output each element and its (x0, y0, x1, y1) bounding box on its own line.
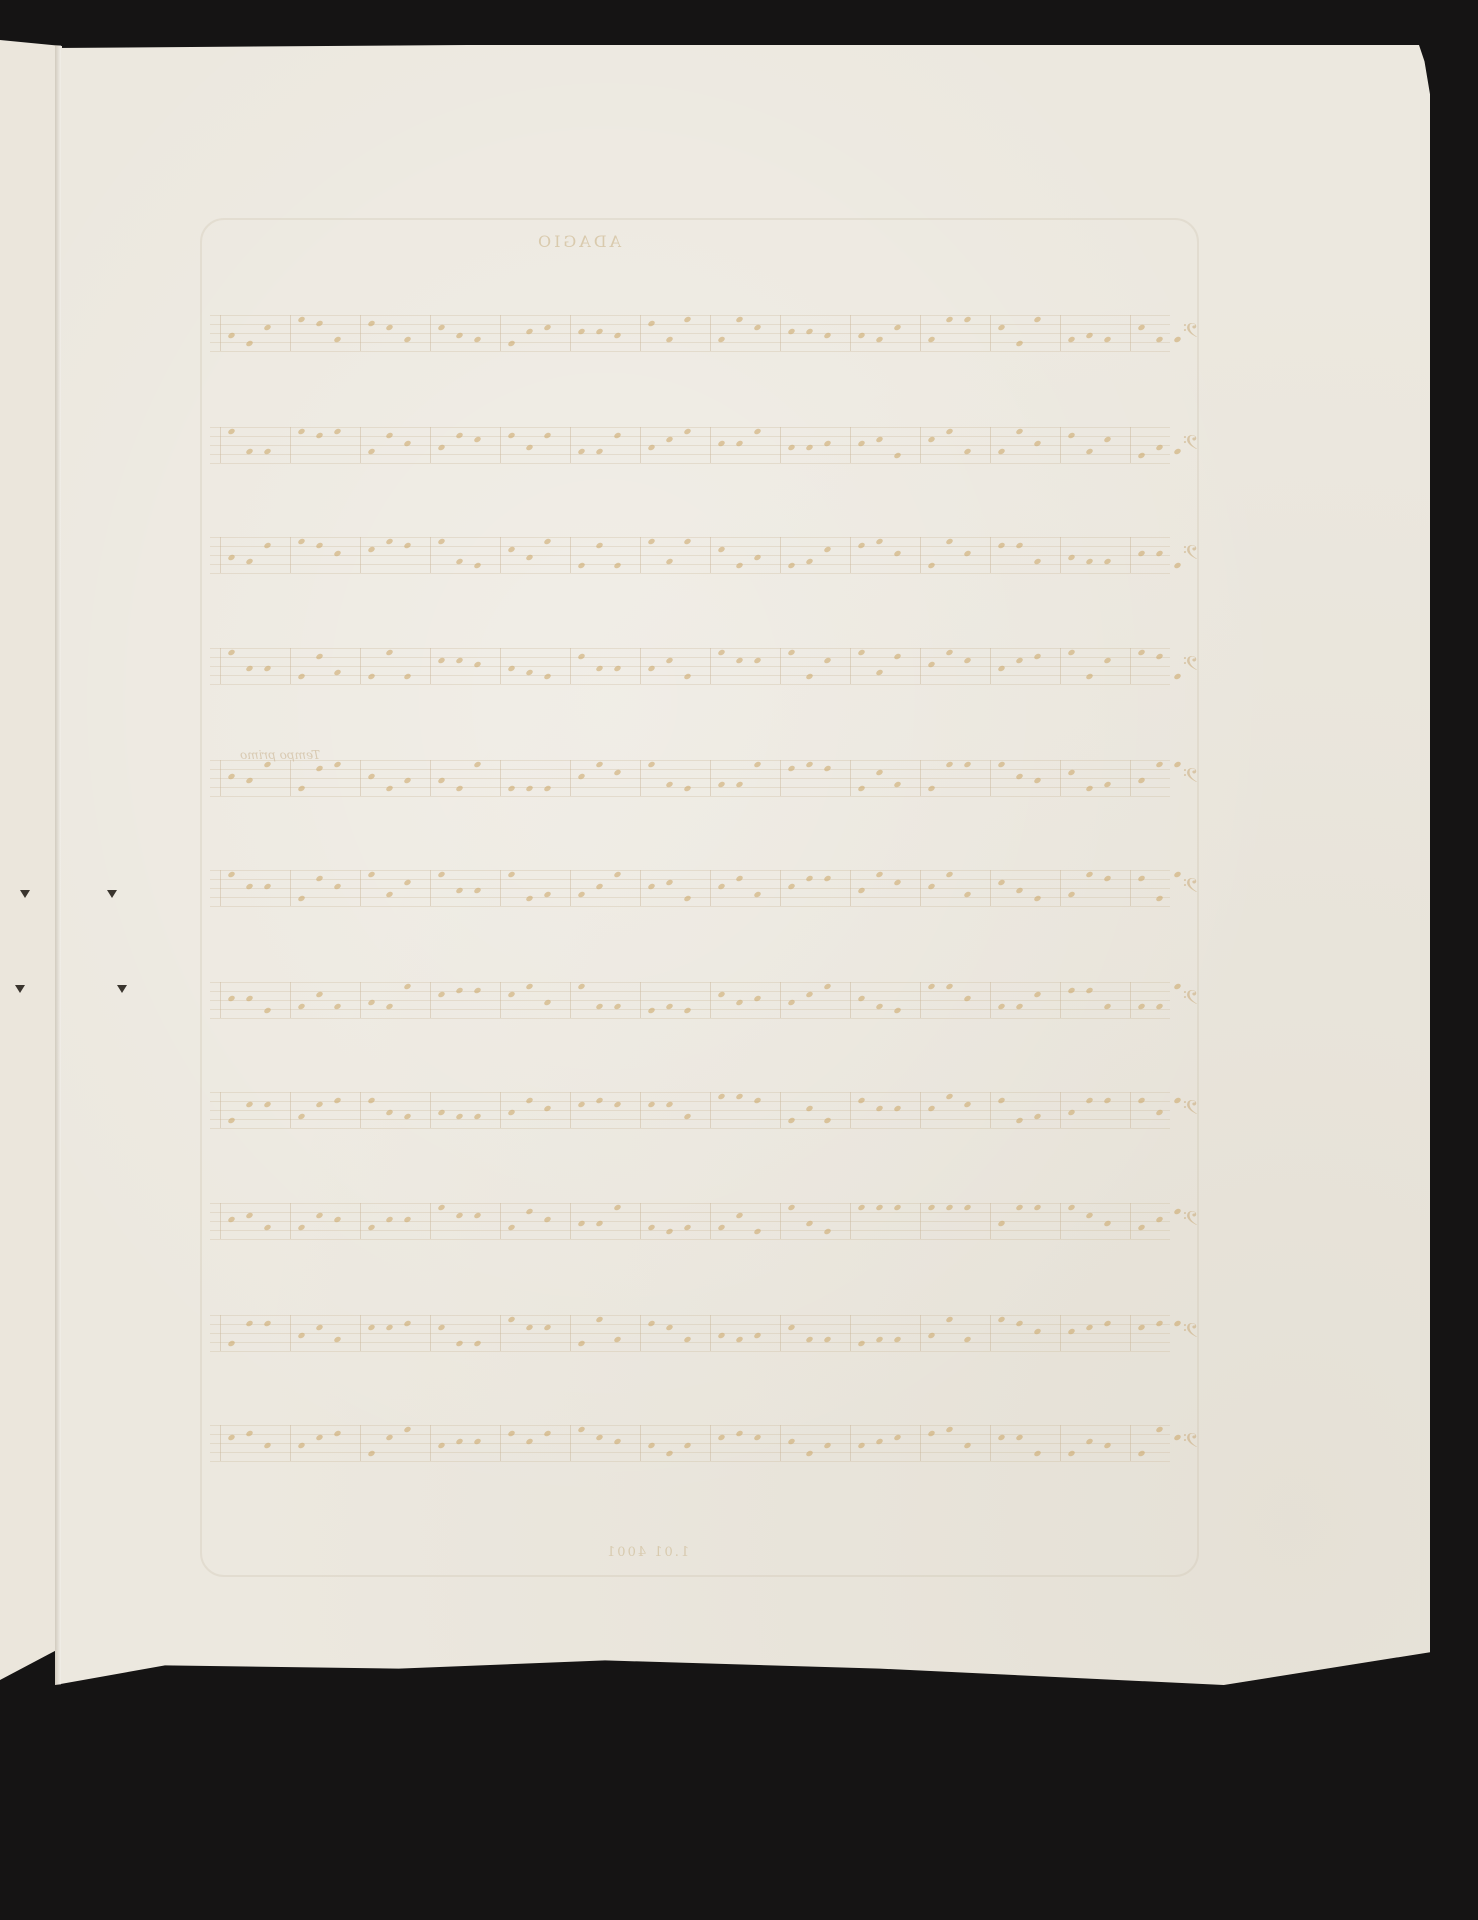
staff: 𝄢 (210, 648, 1170, 684)
note-icon (927, 1105, 936, 1113)
note-icon (403, 983, 412, 991)
note-icon (997, 542, 1006, 550)
note-icon (577, 773, 586, 781)
note-icon (1033, 895, 1042, 903)
note-icon (787, 1204, 796, 1212)
note-icon (613, 432, 622, 440)
staff: 𝄢 (210, 870, 1170, 906)
note-icon (333, 550, 342, 558)
note-icon (753, 428, 762, 436)
note-icon (507, 340, 516, 348)
note-icon (507, 432, 516, 440)
note-icon (717, 440, 726, 448)
note-icon (997, 1097, 1006, 1105)
bass-clef-icon: 𝄢 (1183, 1319, 1198, 1347)
note-icon (1085, 871, 1094, 879)
note-icon (1137, 452, 1146, 460)
note-icon (1085, 1438, 1094, 1446)
note-icon (543, 785, 552, 793)
note-icon (647, 1320, 656, 1328)
note-icon (507, 1430, 516, 1438)
note-icon (297, 316, 306, 324)
note-icon (823, 875, 832, 883)
note-icon (455, 785, 464, 793)
note-icon (1067, 649, 1076, 657)
note-icon (333, 428, 342, 436)
note-icon (525, 895, 534, 903)
note-icon (823, 1228, 832, 1236)
note-icon (403, 673, 412, 681)
note-icon (1067, 1450, 1076, 1458)
note-icon (473, 661, 482, 669)
note-icon (945, 538, 954, 546)
note-icon (245, 883, 254, 891)
mirrored-title: ADAGIO (535, 232, 621, 251)
note-icon (927, 661, 936, 669)
note-icon (315, 875, 324, 883)
note-icon (857, 1097, 866, 1105)
staff: 𝄢 (210, 760, 1170, 796)
note-icon (385, 1216, 394, 1224)
bass-clef-icon: 𝄢 (1183, 1207, 1198, 1235)
page-fold (55, 45, 61, 1685)
note-icon (927, 1204, 936, 1212)
note-icon (787, 328, 796, 336)
note-icon (297, 785, 306, 793)
note-icon (473, 761, 482, 769)
note-icon (683, 538, 692, 546)
note-icon (543, 538, 552, 546)
note-icon (735, 440, 744, 448)
note-icon (945, 649, 954, 657)
note-icon (525, 1438, 534, 1446)
note-icon (595, 883, 604, 891)
note-icon (683, 785, 692, 793)
note-icon (1103, 1320, 1112, 1328)
note-icon (945, 1316, 954, 1324)
bass-clef-icon: 𝄢 (1183, 986, 1198, 1014)
note-icon (665, 1228, 674, 1236)
note-icon (945, 316, 954, 324)
note-icon (525, 785, 534, 793)
note-icon (297, 673, 306, 681)
note-icon (787, 649, 796, 657)
note-icon (263, 1007, 272, 1015)
note-icon (1033, 1204, 1042, 1212)
note-icon (1155, 1426, 1164, 1434)
note-icon (525, 1097, 534, 1105)
note-icon (403, 542, 412, 550)
note-icon (297, 895, 306, 903)
note-icon (963, 995, 972, 1003)
note-icon (945, 871, 954, 879)
note-icon (613, 562, 622, 570)
note-icon (367, 871, 376, 879)
note-icon (1155, 550, 1164, 558)
bass-clef-icon: 𝄢 (1183, 1429, 1198, 1457)
note-icon (1155, 895, 1164, 903)
note-icon (455, 1438, 464, 1446)
note-icon (823, 440, 832, 448)
note-icon (245, 1430, 254, 1438)
note-icon (753, 1228, 762, 1236)
note-icon (1085, 987, 1094, 995)
note-icon (315, 320, 324, 328)
note-icon (893, 550, 902, 558)
note-icon (857, 995, 866, 1003)
note-icon (893, 653, 902, 661)
note-icon (403, 1320, 412, 1328)
note-icon (805, 761, 814, 769)
note-icon (507, 1316, 516, 1324)
note-icon (437, 1204, 446, 1212)
note-icon (385, 432, 394, 440)
note-icon (227, 649, 236, 657)
note-icon (735, 1430, 744, 1438)
note-icon (577, 653, 586, 661)
note-icon (403, 440, 412, 448)
note-icon (1015, 1204, 1024, 1212)
note-icon (227, 1117, 236, 1125)
note-icon (1033, 653, 1042, 661)
note-icon (543, 673, 552, 681)
note-icon (945, 1093, 954, 1101)
note-icon (1015, 1320, 1024, 1328)
note-icon (507, 785, 516, 793)
note-icon (543, 432, 552, 440)
note-icon (1015, 542, 1024, 550)
note-icon (963, 1204, 972, 1212)
note-icon (333, 1430, 342, 1438)
note-icon (403, 1426, 412, 1434)
note-icon (805, 1105, 814, 1113)
note-icon (857, 542, 866, 550)
note-icon (927, 883, 936, 891)
bass-clef-icon: 𝄢 (1183, 431, 1198, 459)
note-icon (595, 542, 604, 550)
note-icon (1137, 875, 1146, 883)
note-icon (577, 328, 586, 336)
note-icon (997, 761, 1006, 769)
note-icon (245, 340, 254, 348)
note-icon (1067, 432, 1076, 440)
note-icon (875, 1438, 884, 1446)
note-icon (577, 1426, 586, 1434)
note-icon (367, 1097, 376, 1105)
staff: 𝄢 (210, 982, 1170, 1018)
note-icon (857, 1204, 866, 1212)
note-icon (893, 1204, 902, 1212)
note-icon (1085, 785, 1094, 793)
note-icon (437, 871, 446, 879)
note-icon (893, 1007, 902, 1015)
note-icon (403, 1216, 412, 1224)
note-icon (263, 883, 272, 891)
note-icon (525, 983, 534, 991)
note-icon (717, 883, 726, 891)
note-icon (227, 1216, 236, 1224)
note-icon (823, 983, 832, 991)
note-icon (717, 649, 726, 657)
note-icon (1085, 1097, 1094, 1105)
note-icon (473, 987, 482, 995)
note-icon (507, 871, 516, 879)
note-icon (1155, 1320, 1164, 1328)
note-icon (1103, 1097, 1112, 1105)
previous-page-edge (0, 40, 62, 1680)
bass-clef-icon: 𝄢 (1183, 541, 1198, 569)
note-icon (333, 1216, 342, 1224)
note-icon (787, 562, 796, 570)
note-icon (823, 1117, 832, 1125)
note-icon (227, 428, 236, 436)
bass-clef-icon: 𝄢 (1183, 764, 1198, 792)
note-icon (367, 320, 376, 328)
note-icon (525, 1208, 534, 1216)
note-icon (315, 542, 324, 550)
note-icon (455, 1340, 464, 1348)
note-icon (945, 428, 954, 436)
note-icon (647, 761, 656, 769)
note-icon (227, 1340, 236, 1348)
note-icon (1033, 1328, 1042, 1336)
note-icon (1103, 875, 1112, 883)
note-icon (1137, 1097, 1146, 1105)
note-icon (263, 1320, 272, 1328)
note-icon (997, 1316, 1006, 1324)
note-icon (227, 995, 236, 1003)
note-icon (857, 785, 866, 793)
note-icon (367, 1450, 376, 1458)
note-icon (647, 1007, 656, 1015)
note-icon (1033, 1450, 1042, 1458)
bass-clef-icon: 𝄢 (1183, 652, 1198, 680)
note-icon (945, 761, 954, 769)
note-icon (613, 1438, 622, 1446)
note-icon (227, 871, 236, 879)
note-icon (787, 765, 796, 773)
note-icon (805, 875, 814, 883)
note-icon (787, 1117, 796, 1125)
note-icon (333, 883, 342, 891)
note-icon (595, 761, 604, 769)
note-icon (1067, 987, 1076, 995)
note-icon (823, 765, 832, 773)
note-icon (927, 1430, 936, 1438)
note-icon (875, 1204, 884, 1212)
note-icon (753, 995, 762, 1003)
note-icon (893, 1105, 902, 1113)
note-icon (1155, 653, 1164, 661)
note-icon (613, 871, 622, 879)
note-icon (717, 1093, 726, 1101)
note-icon (963, 550, 972, 558)
note-icon (805, 1450, 814, 1458)
note-icon (577, 983, 586, 991)
note-icon (857, 1340, 866, 1348)
note-icon (595, 1316, 604, 1324)
note-icon (683, 1007, 692, 1015)
staff: 𝄢 (210, 1425, 1170, 1461)
note-icon (315, 765, 324, 773)
note-icon (875, 538, 884, 546)
note-icon (1085, 673, 1094, 681)
note-icon (735, 562, 744, 570)
note-icon (367, 673, 376, 681)
bass-clef-icon: 𝄢 (1183, 1096, 1198, 1124)
note-icon (385, 649, 394, 657)
note-icon (437, 538, 446, 546)
note-icon (1015, 1117, 1024, 1125)
note-icon (875, 871, 884, 879)
note-icon (1137, 1450, 1146, 1458)
note-icon (543, 1216, 552, 1224)
staff: 𝄢 (210, 537, 1170, 573)
note-icon (647, 538, 656, 546)
note-icon (1033, 440, 1042, 448)
note-icon (543, 1430, 552, 1438)
note-icon (473, 1438, 482, 1446)
staff: 𝄢 (210, 1092, 1170, 1128)
note-icon (455, 987, 464, 995)
note-icon (683, 428, 692, 436)
note-icon (787, 883, 796, 891)
note-icon (595, 1097, 604, 1105)
note-icon (473, 562, 482, 570)
note-icon (1033, 316, 1042, 324)
note-icon (927, 983, 936, 991)
note-icon (875, 1105, 884, 1113)
note-icon (647, 320, 656, 328)
note-icon (945, 1426, 954, 1434)
note-icon (735, 875, 744, 883)
note-icon (577, 562, 586, 570)
note-icon (385, 785, 394, 793)
note-icon (1015, 428, 1024, 436)
note-icon (1137, 649, 1146, 657)
note-icon (805, 673, 814, 681)
note-icon (735, 316, 744, 324)
note-icon (245, 995, 254, 1003)
note-icon (963, 761, 972, 769)
note-icon (945, 983, 954, 991)
note-icon (1155, 1216, 1164, 1224)
note-icon (525, 328, 534, 336)
note-icon (857, 440, 866, 448)
note-icon (227, 773, 236, 781)
note-icon (333, 761, 342, 769)
note-icon (787, 1438, 796, 1446)
staff: 𝄢 (210, 1315, 1170, 1351)
note-icon (753, 761, 762, 769)
note-icon (1015, 340, 1024, 348)
note-icon (543, 1105, 552, 1113)
note-icon (245, 1320, 254, 1328)
staff: 𝄢 (210, 427, 1170, 463)
note-icon (1155, 761, 1164, 769)
note-icon (735, 1093, 744, 1101)
note-icon (473, 1340, 482, 1348)
bass-clef-icon: 𝄢 (1183, 874, 1198, 902)
staff: 𝄢 (210, 315, 1170, 351)
note-icon (315, 432, 324, 440)
note-icon (613, 1204, 622, 1212)
note-icon (595, 328, 604, 336)
note-icon (333, 1097, 342, 1105)
bass-clef-icon: 𝄢 (1183, 319, 1198, 347)
note-icon (963, 316, 972, 324)
note-icon (805, 328, 814, 336)
note-icon (1067, 1328, 1076, 1336)
note-icon (577, 1340, 586, 1348)
note-icon (385, 538, 394, 546)
note-icon (455, 432, 464, 440)
note-icon (665, 1450, 674, 1458)
note-icon (857, 649, 866, 657)
note-icon (315, 653, 324, 661)
note-icon (297, 428, 306, 436)
note-icon (927, 562, 936, 570)
note-icon (367, 773, 376, 781)
note-icon (263, 542, 272, 550)
note-icon (927, 785, 936, 793)
note-icon (263, 761, 272, 769)
mirrored-plate-number: 1.01 4001 (605, 1545, 689, 1560)
staff: 𝄢 (210, 1203, 1170, 1239)
note-icon (1015, 773, 1024, 781)
note-icon (297, 538, 306, 546)
note-icon (945, 1204, 954, 1212)
note-icon (1137, 550, 1146, 558)
note-icon (683, 673, 692, 681)
note-icon (683, 895, 692, 903)
note-icon (1067, 1204, 1076, 1212)
note-icon (647, 883, 656, 891)
note-icon (683, 316, 692, 324)
note-icon (753, 1097, 762, 1105)
note-icon (893, 452, 902, 460)
